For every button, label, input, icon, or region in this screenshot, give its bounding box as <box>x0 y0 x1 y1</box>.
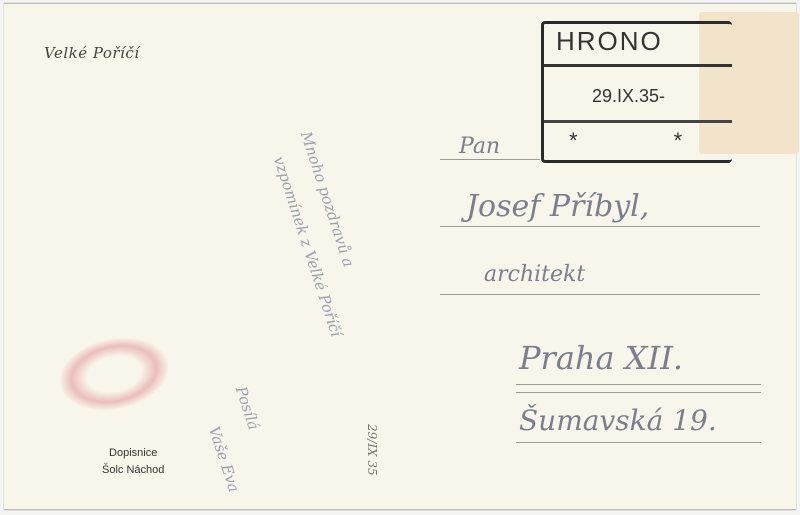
red-ink-stamp <box>53 328 175 419</box>
address-name: Josef Příbyl, <box>466 189 649 224</box>
publisher-line1: Dopisnice <box>102 445 164 462</box>
address-line <box>440 159 540 160</box>
postmark-stars: * * <box>569 128 727 154</box>
postcard-back: Velké Poříčí Dopisnice Šolc Náchod Mnoho… <box>4 3 796 510</box>
address-city: Praha XII. <box>519 339 683 377</box>
address-line <box>516 384 761 385</box>
address-occupation: architekt <box>484 262 585 287</box>
pencil-date-note: 29/IX 35 <box>365 424 379 476</box>
postcard-title: Velké Poříčí <box>44 44 140 62</box>
address-line <box>440 226 760 227</box>
address-line <box>440 294 760 295</box>
postmark-divider <box>544 120 732 123</box>
publisher-line2: Šolc Náchod <box>102 462 164 479</box>
message-line4: Vaše Eva <box>205 424 243 494</box>
address-line <box>516 392 761 393</box>
postmark-divider <box>544 64 732 67</box>
postmark-date: 29.IX.35- <box>592 86 665 107</box>
address-line <box>516 442 761 443</box>
publisher-imprint: Dopisnice Šolc Náchod <box>102 445 164 479</box>
postmark: HRONO 29.IX.35- * * <box>541 21 732 163</box>
address-street: Šumavská 19. <box>519 404 717 437</box>
postmark-town: HRONO <box>556 26 663 57</box>
message-line3: Posílá <box>232 384 263 432</box>
address-salutation: Pan <box>459 134 500 159</box>
